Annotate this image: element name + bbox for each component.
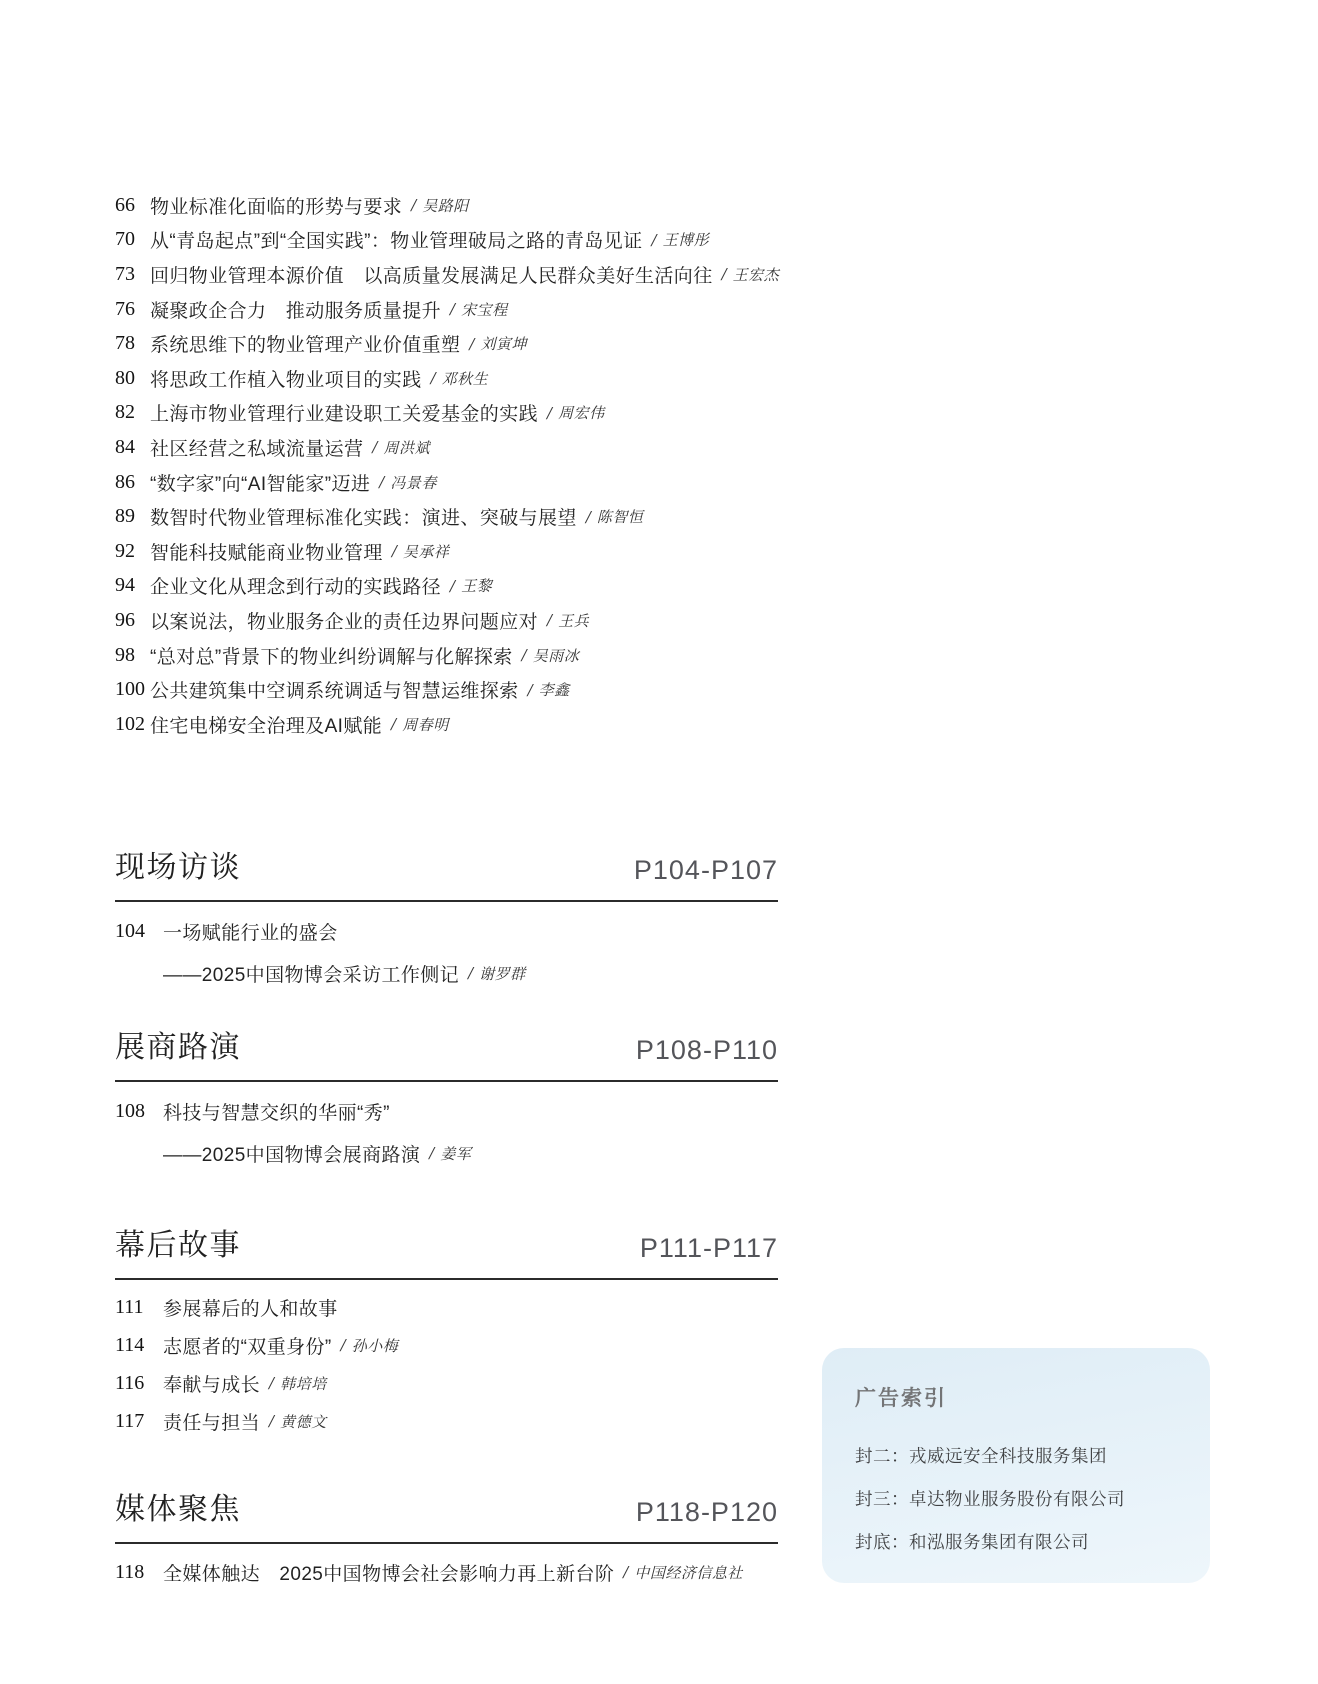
entry-title: “数字家”向“AI智能家”迈进: [150, 469, 370, 496]
toc-entry: 73回归物业管理本源价值 以高质量发展满足人民群众美好生活向往/王宏杰: [115, 257, 875, 292]
entry-title: 参展幕后的人和故事: [163, 1294, 338, 1321]
entry-author: 周宏伟: [558, 402, 605, 423]
entry-title: 回归物业管理本源价值 以高质量发展满足人民群众美好生活向往: [150, 261, 713, 288]
entry-page-number: 116: [115, 1372, 163, 1395]
toc-entry: 80将思政工作植入物业项目的实践/邓秋生: [115, 361, 875, 396]
author-separator: /: [586, 508, 591, 526]
entry-author: 韩培培: [280, 1373, 327, 1394]
toc-entry: 76凝聚政企合力 推动服务质量提升/宋宝程: [115, 292, 875, 327]
entry-title: 社区经营之私域流量运营: [150, 434, 363, 461]
section-page-range: P111-P117: [640, 1232, 778, 1264]
ad-index-list: 封二：戎威远安全科技服务集团 封三：卓达物业服务股份有限公司 封底：和泓服务集团…: [855, 1444, 1180, 1554]
toc-entry: 78系统思维下的物业管理产业价值重塑/刘寅坤: [115, 326, 875, 361]
toc-entry: 108科技与智慧交织的华丽“秀”: [115, 1090, 778, 1132]
entry-page-number: 117: [115, 1410, 163, 1433]
ad-index-title: 广告索引: [855, 1386, 1180, 1412]
entry-title: 智能科技赋能商业物业管理: [150, 538, 383, 565]
entry-page-number: 80: [115, 367, 150, 390]
entry-page-number: 76: [115, 298, 150, 321]
entry-page-number: 108: [115, 1100, 163, 1123]
author-separator: /: [269, 1412, 274, 1430]
entry-author: 冯景春: [390, 472, 437, 493]
toc-entry: 98“总对总”背景下的物业纠纷调解与化解探索/吴雨冰: [115, 638, 875, 673]
toc-entry: 84社区经营之私域流量运营/周洪斌: [115, 430, 875, 465]
entry-author: 周春明: [402, 714, 449, 735]
author-separator: /: [547, 404, 552, 422]
author-separator: /: [722, 265, 727, 283]
entry-page-number: 94: [115, 574, 150, 597]
entry-title: 系统思维下的物业管理产业价值重塑: [150, 330, 460, 357]
author-separator: /: [450, 300, 455, 318]
author-separator: /: [269, 1374, 274, 1392]
entry-author: 刘寅坤: [480, 333, 527, 354]
entry-page-number: 114: [115, 1334, 163, 1357]
author-separator: /: [468, 964, 473, 982]
entry-title: 企业文化从理念到行动的实践路径: [150, 572, 441, 599]
article-list: 66物业标准化面临的形势与要求/吴路阳 70从“青岛起点”到“全国实践”：物业管…: [115, 188, 875, 742]
section-items: 108科技与智慧交织的华丽“秀” ——2025中国物博会展商路演/姜军: [115, 1082, 778, 1174]
author-separator: /: [379, 473, 384, 491]
entry-title: 公共建筑集中空调系统调适与智慧运维探索: [150, 676, 519, 703]
entry-page-number: 70: [115, 228, 150, 251]
entry-title: 奉献与成长: [163, 1370, 260, 1397]
entry-author: 王黎: [461, 575, 492, 596]
section-title: 媒体聚焦: [115, 1492, 241, 1528]
entry-author: 王博彤: [663, 229, 710, 250]
entry-title: 科技与智慧交织的华丽“秀”: [163, 1098, 390, 1125]
entry-title: 凝聚政企合力 推动服务质量提升: [150, 296, 441, 323]
entry-title: 以案说法，物业服务企业的责任边界问题应对: [150, 607, 538, 634]
ad-index-item: 封底：和泓服务集团有限公司: [855, 1530, 1180, 1554]
section-header: 媒体聚焦 P118-P120: [115, 1492, 778, 1544]
entry-page-number: 104: [115, 920, 163, 943]
toc-entry: 66物业标准化面临的形势与要求/吴路阳: [115, 188, 875, 223]
author-separator: /: [372, 438, 377, 456]
toc-entry: 100公共建筑集中空调系统调适与智慧运维探索/李鑫: [115, 672, 875, 707]
entry-page-number: 82: [115, 401, 150, 424]
entry-author: 邓秋生: [442, 368, 489, 389]
entry-author: 吴承祥: [403, 541, 450, 562]
section-items: 104一场赋能行业的盛会 ——2025中国物博会采访工作侧记/谢罗群: [115, 902, 778, 994]
entry-page-number: 98: [115, 644, 150, 667]
entry-author: 孙小梅: [352, 1335, 399, 1356]
entry-author: 王兵: [558, 610, 589, 631]
ad-index-box: 广告索引 封二：戎威远安全科技服务集团 封三：卓达物业服务股份有限公司 封底：和…: [822, 1348, 1210, 1583]
section-media-focus: 媒体聚焦 P118-P120 118全媒体触达 2025中国物博会社会影响力再上…: [115, 1492, 778, 1592]
entry-page-number: 84: [115, 436, 150, 459]
entry-author: 宋宝程: [461, 299, 508, 320]
section-title: 现场访谈: [115, 850, 241, 886]
entry-page-number: 66: [115, 194, 150, 217]
toc-entry: 70从“青岛起点”到“全国实践”：物业管理破局之路的青岛见证/王博彤: [115, 223, 875, 258]
section-title: 展商路演: [115, 1030, 241, 1066]
entry-author: 李鑫: [539, 679, 570, 700]
entry-title: 全媒体触达 2025中国物博会社会影响力再上新台阶: [163, 1559, 614, 1586]
section-live-interviews: 现场访谈 P104-P107 104一场赋能行业的盛会 ——2025中国物博会采…: [115, 850, 778, 994]
entry-page-number: 100: [115, 678, 150, 701]
author-separator: /: [522, 646, 527, 664]
toc-entry: 96以案说法，物业服务企业的责任边界问题应对/王兵: [115, 603, 875, 638]
entry-subtitle: ——2025中国物博会采访工作侧记: [163, 960, 459, 987]
toc-entry: 94企业文化从理念到行动的实践路径/王黎: [115, 569, 875, 604]
entry-subtitle: ——2025中国物博会展商路演: [163, 1140, 420, 1167]
section-header: 展商路演 P108-P110: [115, 1030, 778, 1082]
toc-page: 66物业标准化面临的形势与要求/吴路阳 70从“青岛起点”到“全国实践”：物业管…: [0, 0, 1318, 1684]
section-exhibitor-roadshow: 展商路演 P108-P110 108科技与智慧交织的华丽“秀” ——2025中国…: [115, 1030, 778, 1174]
author-separator: /: [450, 577, 455, 595]
entry-title: 从“青岛起点”到“全国实践”：物业管理破局之路的青岛见证: [150, 226, 643, 253]
entry-author: 中国经济信息社: [634, 1562, 743, 1583]
section-page-range: P104-P107: [634, 854, 778, 886]
entry-author: 姜军: [440, 1143, 471, 1164]
toc-entry: 118全媒体触达 2025中国物博会社会影响力再上新台阶/中国经济信息社: [115, 1552, 778, 1592]
section-page-range: P108-P110: [636, 1034, 778, 1066]
toc-entry: 111参展幕后的人和故事: [115, 1288, 778, 1326]
entry-page-number: 86: [115, 471, 150, 494]
author-separator: /: [469, 335, 474, 353]
entry-title: 一场赋能行业的盛会: [163, 918, 338, 945]
toc-entry: 114志愿者的“双重身份”/孙小梅: [115, 1326, 778, 1364]
toc-entry: 102住宅电梯安全治理及AI赋能/周春明: [115, 707, 875, 742]
entry-title: “总对总”背景下的物业纠纷调解与化解探索: [150, 642, 513, 669]
author-separator: /: [341, 1336, 346, 1354]
ad-index-item: 封二：戎威远安全科技服务集团: [855, 1444, 1180, 1468]
entry-title: 志愿者的“双重身份”: [163, 1332, 332, 1359]
author-separator: /: [652, 231, 657, 249]
author-separator: /: [392, 542, 397, 560]
section-header: 现场访谈 P104-P107: [115, 850, 778, 902]
entry-title: 住宅电梯安全治理及AI赋能: [150, 711, 382, 738]
entry-author: 黄德文: [280, 1411, 327, 1432]
section-title: 幕后故事: [115, 1228, 241, 1264]
author-separator: /: [547, 611, 552, 629]
author-separator: /: [429, 1144, 434, 1162]
author-separator: /: [431, 369, 436, 387]
toc-entry: 117责任与担当/黄德文: [115, 1402, 778, 1440]
author-separator: /: [623, 1563, 628, 1581]
toc-entry: 92智能科技赋能商业物业管理/吴承祥: [115, 534, 875, 569]
toc-entry-subtitle: ——2025中国物博会采访工作侧记/谢罗群: [115, 952, 778, 994]
entry-author: 陈智恒: [597, 506, 644, 527]
entry-author: 吴路阳: [422, 195, 469, 216]
toc-entry: 82上海市物业管理行业建设职工关爱基金的实践/周宏伟: [115, 396, 875, 431]
entry-page-number: 92: [115, 540, 150, 563]
section-page-range: P118-P120: [636, 1496, 778, 1528]
section-items: 111参展幕后的人和故事 114志愿者的“双重身份”/孙小梅 116奉献与成长/…: [115, 1280, 778, 1440]
ad-index-item: 封三：卓达物业服务股份有限公司: [855, 1487, 1180, 1511]
entry-title: 将思政工作植入物业项目的实践: [150, 365, 422, 392]
entry-title: 物业标准化面临的形势与要求: [150, 192, 402, 219]
entry-title: 责任与担当: [163, 1408, 260, 1435]
toc-entry: 86“数字家”向“AI智能家”迈进/冯景春: [115, 465, 875, 500]
author-separator: /: [528, 681, 533, 699]
entry-author: 周洪斌: [383, 437, 430, 458]
entry-page-number: 111: [115, 1296, 163, 1319]
entry-page-number: 102: [115, 713, 150, 736]
entry-page-number: 78: [115, 332, 150, 355]
toc-entry-subtitle: ——2025中国物博会展商路演/姜军: [115, 1132, 778, 1174]
entry-page-number: 96: [115, 609, 150, 632]
entry-author: 谢罗群: [479, 963, 526, 984]
entry-page-number: 118: [115, 1561, 163, 1584]
author-separator: /: [411, 196, 416, 214]
entry-page-number: 73: [115, 263, 150, 286]
entry-title: 上海市物业管理行业建设职工关爱基金的实践: [150, 399, 538, 426]
section-items: 118全媒体触达 2025中国物博会社会影响力再上新台阶/中国经济信息社: [115, 1544, 778, 1592]
author-separator: /: [391, 715, 396, 733]
toc-entry: 89数智时代物业管理标准化实践：演进、突破与展望/陈智恒: [115, 499, 875, 534]
toc-entry: 116奉献与成长/韩培培: [115, 1364, 778, 1402]
entry-author: 吴雨冰: [533, 645, 580, 666]
toc-entry: 104一场赋能行业的盛会: [115, 910, 778, 952]
section-behind-the-scenes: 幕后故事 P111-P117 111参展幕后的人和故事 114志愿者的“双重身份…: [115, 1228, 778, 1440]
section-header: 幕后故事 P111-P117: [115, 1228, 778, 1280]
entry-author: 王宏杰: [733, 264, 780, 285]
entry-page-number: 89: [115, 505, 150, 528]
entry-title: 数智时代物业管理标准化实践：演进、突破与展望: [150, 503, 577, 530]
